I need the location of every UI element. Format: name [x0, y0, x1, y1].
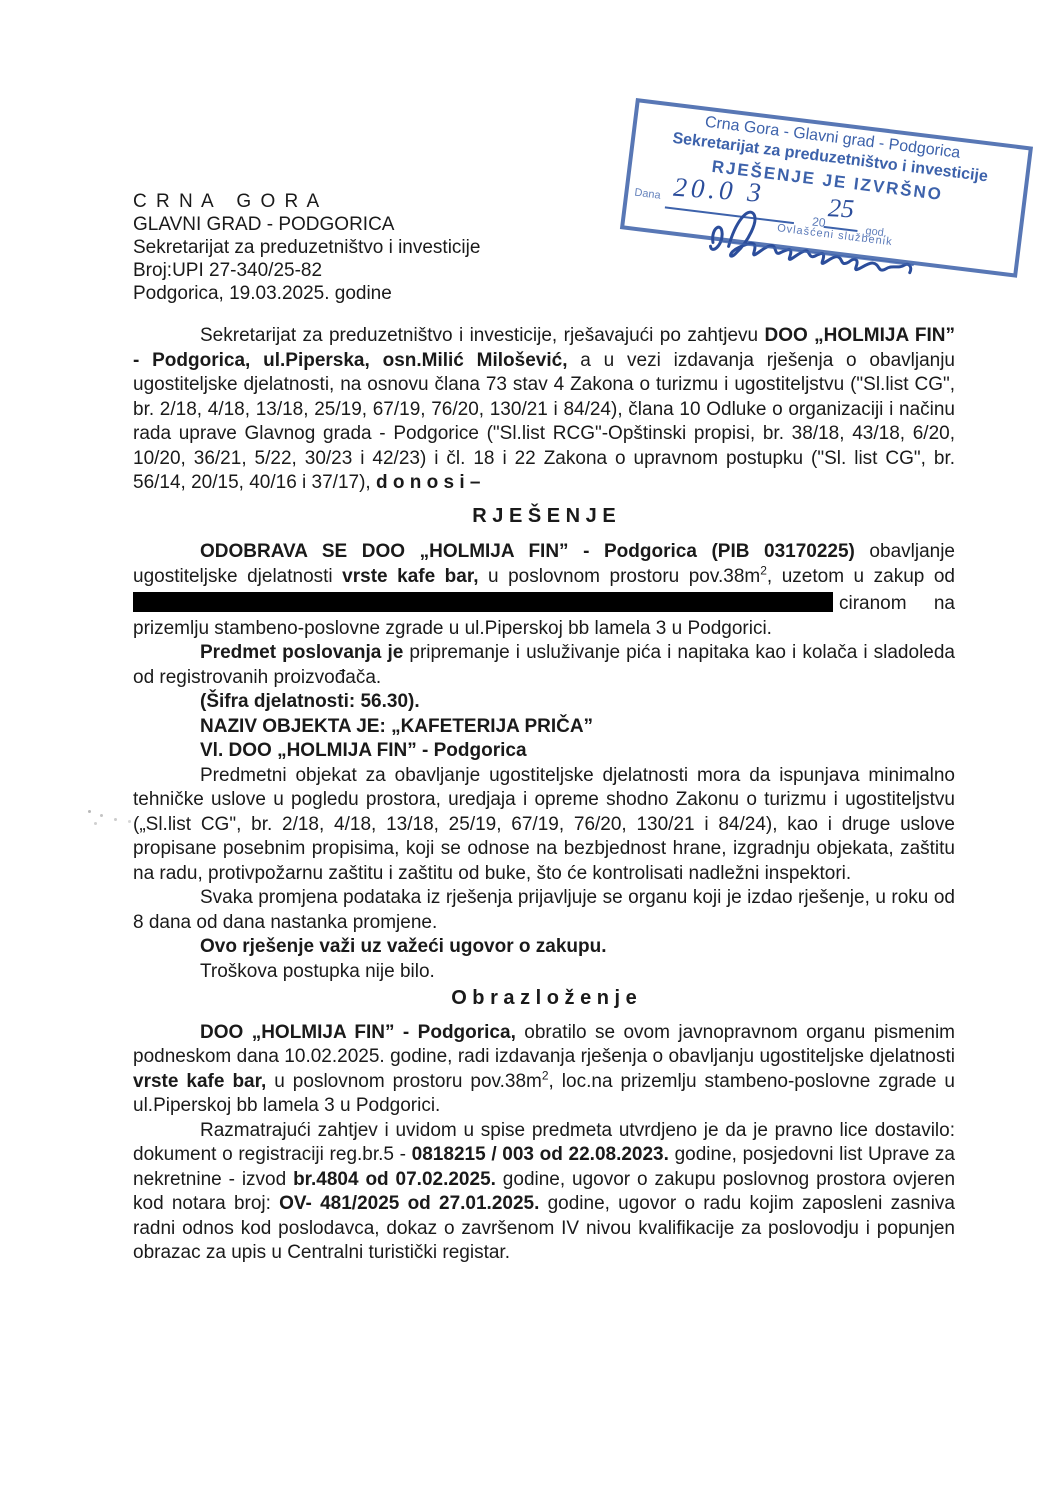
promjena-text: Svaka promjena podataka iz rješenja prij…: [133, 887, 955, 933]
line-vazi-zakup: Ovo rješenje važi uz važeći ugovor o zak…: [133, 935, 955, 960]
department-name: Sekretarijat za preduzetništvo i investi…: [133, 236, 955, 259]
country-name: C R N A G O R A: [133, 190, 955, 213]
document-body: C R N A G O R A GLAVNI GRAD - PODGORICA …: [133, 190, 955, 1266]
paragraph-odobrava: ODOBRAVA SE DOO „HOLMIJA FIN” - Podgoric…: [133, 540, 955, 641]
object-name: NAZIV OBJEKTA JE: „KAFETERIJA PRIČA”: [200, 716, 593, 737]
paragraph-predmet: Predmet poslovanja je pripremanje i uslu…: [133, 641, 955, 690]
predmet-label: Predmet poslovanja je: [200, 642, 403, 663]
registration-number: 0818215 / 003 od 22.08.2023.: [412, 1144, 669, 1165]
superscript-2b: 2: [542, 1068, 549, 1082]
letterhead: C R N A G O R A GLAVNI GRAD - PODGORICA …: [133, 190, 955, 305]
premises-text: u poslovnom prostoru pov.38m: [478, 566, 760, 587]
paragraph-zahtjev: DOO „HOLMIJA FIN” - Podgorica, obratilo …: [133, 1021, 955, 1119]
applicant-company: DOO „HOLMIJA FIN” - Podgorica,: [200, 1022, 516, 1043]
heading-rjesenje: R J E Š E N J E: [133, 504, 955, 529]
scan-artifact: [88, 810, 91, 813]
line-sifra: (Šifra djelatnosti: 56.30).: [133, 690, 955, 715]
place-and-date: Podgorica, 19.03.2025. godine: [133, 282, 955, 305]
line-naziv: NAZIV OBJEKTA JE: „KAFETERIJA PRIČA”: [133, 715, 955, 740]
scanned-decision-page: Crna Gora - Glavni grad - Podgorica Sekr…: [0, 0, 1058, 1497]
paragraph-dokazi: Razmatrajući zahtjev i uvidom u spise pr…: [133, 1119, 955, 1266]
cadastre-extract: br.4804 od 07.02.2025.: [293, 1169, 496, 1190]
legal-basis-text: a u vezi izdavanja rješenja o obavljanju…: [133, 350, 955, 494]
owner-name: Vl. DOO „HOLMIJA FIN” - Podgorica: [200, 740, 527, 761]
case-number: Broj:UPI 27-340/25-82: [133, 259, 955, 282]
troskovi-text: Troškova postupka nije bilo.: [200, 961, 435, 982]
superscript-2: 2: [760, 563, 767, 577]
heading-obrazlozenje: O b r a z l o ž e n j e: [133, 986, 955, 1011]
activity-type: vrste kafe bar,: [342, 566, 478, 587]
redacted-personal-data: [133, 592, 833, 612]
paragraph-uslovi: Predmetni objekat za obavljanje ugostite…: [133, 764, 955, 887]
activity-type-2: vrste kafe bar,: [133, 1071, 266, 1092]
line-troskovi: Troškova postupka nije bilo.: [133, 960, 955, 985]
zakup-text: Ovo rješenje važi uz važeći ugovor o zak…: [200, 936, 607, 957]
lease-text: , uzetom u zakup od: [767, 566, 955, 587]
donosi-text: d o n o s i –: [376, 472, 481, 493]
activity-code: (Šifra djelatnosti: 56.30).: [200, 691, 420, 712]
uslovi-text: Predmetni objekat za obavljanje ugostite…: [133, 765, 955, 884]
paragraph-intro: Sekretarijat za preduzetništvo i investi…: [133, 324, 955, 496]
approval-company: ODOBRAVA SE DOO „HOLMIJA FIN” - Podgoric…: [200, 541, 855, 562]
city-name: GLAVNI GRAD - PODGORICA: [133, 213, 955, 236]
paragraph-promjena: Svaka promjena podataka iz rješenja prij…: [133, 886, 955, 935]
intro-text: Sekretarijat za preduzetništvo i investi…: [200, 325, 765, 346]
premises-text-2: u poslovnom prostoru pov.38m: [266, 1071, 542, 1092]
notary-number: OV- 481/2025 od 27.01.2025.: [279, 1193, 539, 1214]
line-owner: Vl. DOO „HOLMIJA FIN” - Podgorica: [133, 739, 955, 764]
